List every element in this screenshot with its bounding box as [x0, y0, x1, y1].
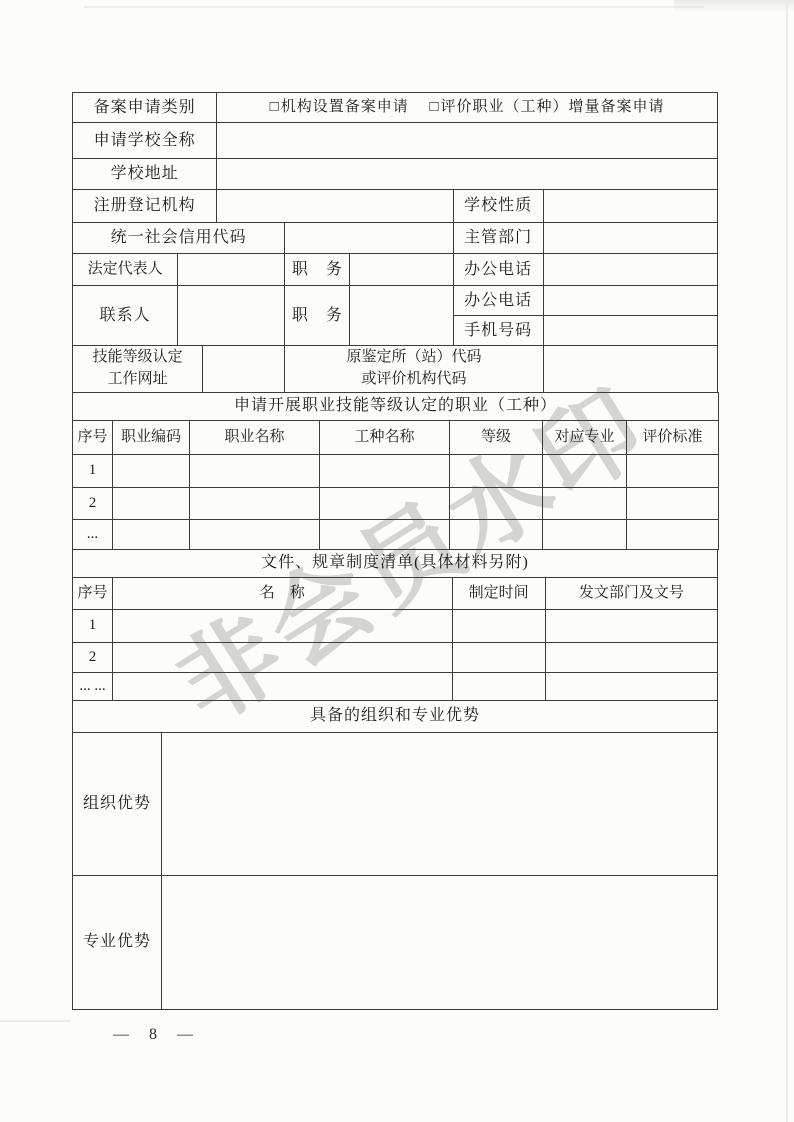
occupation-input-cell[interactable] [543, 454, 627, 487]
website-input-cell[interactable] [203, 346, 285, 393]
table-row: ... [73, 519, 719, 549]
prof-advantage-input-cell[interactable] [162, 875, 718, 1009]
contact-mobile-input-cell[interactable] [543, 316, 717, 346]
contact-input-cell[interactable] [178, 286, 285, 346]
occupations-title: 申请开展职业技能等级认定的职业（工种） [73, 392, 719, 420]
supervisor-dept-input-cell[interactable] [543, 223, 717, 254]
table-row: 联系人 职 务 办公电话 [73, 286, 718, 316]
checkbox-increment-option[interactable]: □评价职业（工种）增量备案申请 [429, 98, 664, 117]
occupation-input-cell[interactable] [543, 487, 627, 519]
document-row-seq: ... ... [73, 672, 113, 700]
occupations-header-code: 职业编码 [113, 420, 190, 454]
supervisor-dept-label: 主管部门 [453, 223, 543, 254]
table-row: 专业优势 [73, 875, 718, 1009]
scan-artifact [0, 1020, 70, 1022]
occupation-input-cell[interactable] [113, 519, 190, 549]
page-number: — 8 — [113, 1026, 194, 1044]
original-code-input-cell[interactable] [543, 346, 717, 393]
occupation-input-cell[interactable] [627, 454, 719, 487]
occupations-header-worktype: 工种名称 [320, 420, 450, 454]
legal-rep-position-label: 职 务 [285, 254, 350, 286]
documents-title: 文件、规章制度清单(具体材料另附) [73, 549, 718, 577]
legal-rep-label: 法定代表人 [73, 254, 178, 286]
checkbox-increment-label: 评价职业（工种）增量备案申请 [441, 99, 665, 115]
registration-org-input-cell[interactable] [217, 190, 453, 223]
document-page: 非会员水印 备案申请类别 □机构设置备案申请 □评价职业（工种）增量备案申请 申… [0, 0, 794, 1122]
table-row: 2 [73, 487, 719, 519]
website-label: 技能等级认定 工作网址 [73, 346, 203, 393]
occupations-header-standard: 评价标准 [627, 420, 719, 454]
occupation-input-cell[interactable] [450, 487, 543, 519]
document-input-cell[interactable] [452, 672, 545, 700]
occupations-header-seq: 序号 [73, 420, 113, 454]
table-row: 文件、规章制度清单(具体材料另附) [73, 549, 718, 577]
school-name-input-cell[interactable] [217, 123, 718, 159]
document-input-cell[interactable] [113, 642, 453, 672]
document-row-seq: 1 [73, 609, 113, 642]
contact-position-label: 职 务 [285, 286, 350, 346]
occupation-input-cell[interactable] [113, 487, 190, 519]
occupation-input-cell[interactable] [320, 519, 450, 549]
registration-org-label: 注册登记机构 [73, 190, 217, 223]
document-input-cell[interactable] [545, 672, 717, 700]
occupation-input-cell[interactable] [450, 454, 543, 487]
checkbox-icon[interactable]: □ [429, 98, 439, 117]
scan-artifact [84, 6, 704, 8]
documents-header-seq: 序号 [73, 577, 113, 609]
table-row: 1 [73, 454, 719, 487]
documents-header-date: 制定时间 [452, 577, 545, 609]
occupation-row-seq: 2 [73, 487, 113, 519]
table-row: 具备的组织和专业优势 [73, 700, 718, 732]
table-row: 1 [73, 609, 718, 642]
checkbox-icon[interactable]: □ [270, 98, 280, 117]
advantages-title: 具备的组织和专业优势 [73, 700, 718, 732]
table-row: 组织优势 [73, 732, 718, 875]
occupations-table: 申请开展职业技能等级认定的职业（工种） 序号 职业编码 职业名称 工种名称 等级… [72, 392, 719, 550]
occupation-row-seq: 1 [73, 454, 113, 487]
org-advantage-input-cell[interactable] [162, 732, 718, 875]
prof-advantage-label: 专业优势 [73, 875, 162, 1009]
table-row: 统一社会信用代码 主管部门 [73, 223, 718, 254]
occupation-input-cell[interactable] [190, 454, 320, 487]
advantages-table: 具备的组织和专业优势 组织优势 专业优势 [72, 700, 718, 1010]
original-code-label: 原鉴定所（站）代码 或评价机构代码 [285, 346, 543, 393]
checkbox-org-setup-option[interactable]: □机构设置备案申请 [270, 98, 409, 117]
table-row: 申请学校全称 [73, 123, 718, 159]
school-type-label: 学校性质 [453, 190, 543, 223]
occupations-header-row: 序号 职业编码 职业名称 工种名称 等级 对应专业 评价标准 [73, 420, 719, 454]
school-address-input-cell[interactable] [217, 159, 718, 190]
occupations-header-major: 对应专业 [543, 420, 627, 454]
documents-header-row: 序号 名 称 制定时间 发文部门及文号 [73, 577, 718, 609]
filing-category-label: 备案申请类别 [73, 93, 217, 123]
credit-code-label: 统一社会信用代码 [73, 223, 285, 254]
table-row: 注册登记机构 学校性质 [73, 190, 718, 223]
occupation-input-cell[interactable] [190, 519, 320, 549]
table-row: 学校地址 [73, 159, 718, 190]
filing-category-options: □机构设置备案申请 □评价职业（工种）增量备案申请 [217, 93, 718, 123]
scan-artifact [786, 0, 788, 1122]
school-address-label: 学校地址 [73, 159, 217, 190]
checkbox-org-setup-label: 机构设置备案申请 [281, 99, 409, 115]
occupations-header-level: 等级 [450, 420, 543, 454]
credit-code-input-cell[interactable] [285, 223, 453, 254]
document-input-cell[interactable] [452, 609, 545, 642]
legal-rep-phone-input-cell[interactable] [543, 254, 717, 286]
occupation-input-cell[interactable] [543, 519, 627, 549]
legal-rep-phone-label: 办公电话 [453, 254, 543, 286]
contact-mobile-label: 手机号码 [453, 316, 543, 346]
table-row: 2 [73, 642, 718, 672]
occupation-input-cell[interactable] [627, 519, 719, 549]
documents-table: 文件、规章制度清单(具体材料另附) 序号 名 称 制定时间 发文部门及文号 1 … [72, 549, 718, 701]
application-form: 备案申请类别 □机构设置备案申请 □评价职业（工种）增量备案申请 申请学校全称 … [72, 92, 718, 1010]
scan-artifact [674, 0, 794, 14]
occupation-input-cell[interactable] [627, 487, 719, 519]
documents-header-issuer: 发文部门及文号 [545, 577, 717, 609]
basic-info-table: 备案申请类别 □机构设置备案申请 □评价职业（工种）增量备案申请 申请学校全称 … [72, 92, 718, 393]
occupations-header-occupation: 职业名称 [190, 420, 320, 454]
legal-rep-input-cell[interactable] [178, 254, 285, 286]
table-row: 法定代表人 职 务 办公电话 [73, 254, 718, 286]
occupation-input-cell[interactable] [113, 454, 190, 487]
document-input-cell[interactable] [545, 609, 717, 642]
contact-office-phone-input-cell[interactable] [543, 286, 717, 316]
occupation-input-cell[interactable] [320, 454, 450, 487]
document-input-cell[interactable] [545, 642, 717, 672]
school-type-input-cell[interactable] [543, 190, 717, 223]
legal-rep-position-input-cell[interactable] [350, 254, 453, 286]
documents-header-name: 名 称 [113, 577, 453, 609]
contact-position-input-cell[interactable] [350, 286, 453, 346]
table-row: ... ... [73, 672, 718, 700]
occupation-input-cell[interactable] [320, 487, 450, 519]
document-input-cell[interactable] [452, 642, 545, 672]
contact-office-phone-label: 办公电话 [453, 286, 543, 316]
document-row-seq: 2 [73, 642, 113, 672]
org-advantage-label: 组织优势 [73, 732, 162, 875]
occupation-input-cell[interactable] [450, 519, 543, 549]
document-input-cell[interactable] [113, 672, 453, 700]
table-row: 技能等级认定 工作网址 原鉴定所（站）代码 或评价机构代码 [73, 346, 718, 393]
table-row: 申请开展职业技能等级认定的职业（工种） [73, 392, 719, 420]
school-name-label: 申请学校全称 [73, 123, 217, 159]
occupation-row-seq: ... [73, 519, 113, 549]
document-input-cell[interactable] [113, 609, 453, 642]
table-row: 备案申请类别 □机构设置备案申请 □评价职业（工种）增量备案申请 [73, 93, 718, 123]
occupation-input-cell[interactable] [190, 487, 320, 519]
contact-label: 联系人 [73, 286, 178, 346]
